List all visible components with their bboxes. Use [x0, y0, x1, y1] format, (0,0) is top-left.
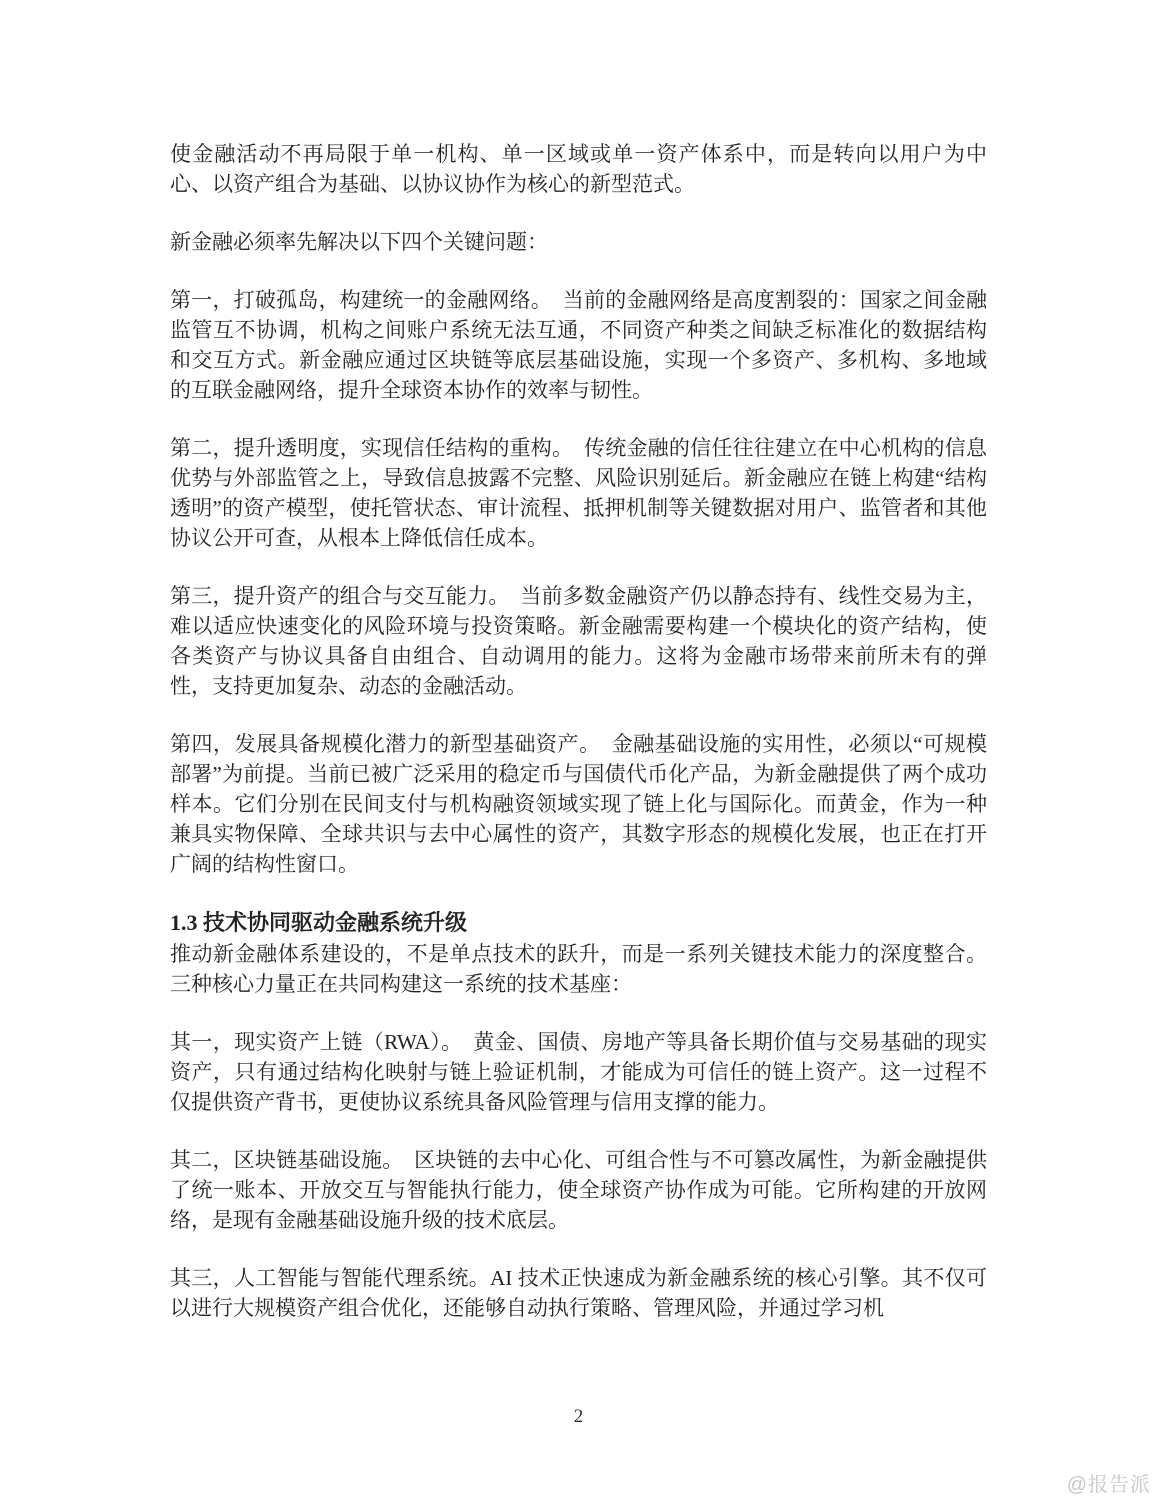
body-paragraph: 其三，人工智能与智能代理系统。AI 技术正快速成为新金融系统的核心引擎。其不仅可… — [170, 1263, 987, 1323]
body-paragraph: 其二，区块链基础设施。 区块链的去中心化、可组合性与不可篡改属性，为新金融提供了… — [170, 1145, 987, 1235]
body-paragraph: 使金融活动不再局限于单一机构、单一区域或单一资产体系中，而是转向以用户为中心、以… — [170, 139, 987, 199]
page-body: 使金融活动不再局限于单一机构、单一区域或单一资产体系中，而是转向以用户为中心、以… — [170, 139, 987, 1351]
section-heading: 1.3 技术协同驱动金融系统升级 — [170, 907, 987, 939]
body-paragraph: 第二，提升透明度，实现信任结构的重构。 传统金融的信任往往建立在中心机构的信息优… — [170, 433, 987, 553]
body-paragraph: 其一，现实资产上链（RWA）。 黄金、国债、房地产等具备长期价值与交易基础的现实… — [170, 1027, 987, 1117]
body-paragraph: 第四，发展具备规模化潜力的新型基础资产。 金融基础设施的实用性，必须以“可规模部… — [170, 729, 987, 879]
body-paragraph: 第一，打破孤岛，构建统一的金融网络。 当前的金融网络是高度割裂的：国家之间金融监… — [170, 285, 987, 405]
page-number: 2 — [170, 1406, 987, 1428]
body-paragraph: 推动新金融体系建设的，不是单点技术的跃升，而是一系列关键技术能力的深度整合。三种… — [170, 939, 987, 999]
document-page: 使金融活动不再局限于单一机构、单一区域或单一资产体系中，而是转向以用户为中心、以… — [0, 0, 1159, 1500]
body-paragraph: 新金融必须率先解决以下四个关键问题： — [170, 227, 987, 257]
watermark: @报告派 — [1067, 1468, 1151, 1497]
body-paragraph: 第三，提升资产的组合与交互能力。 当前多数金融资产仍以静态持有、线性交易为主，难… — [170, 581, 987, 701]
